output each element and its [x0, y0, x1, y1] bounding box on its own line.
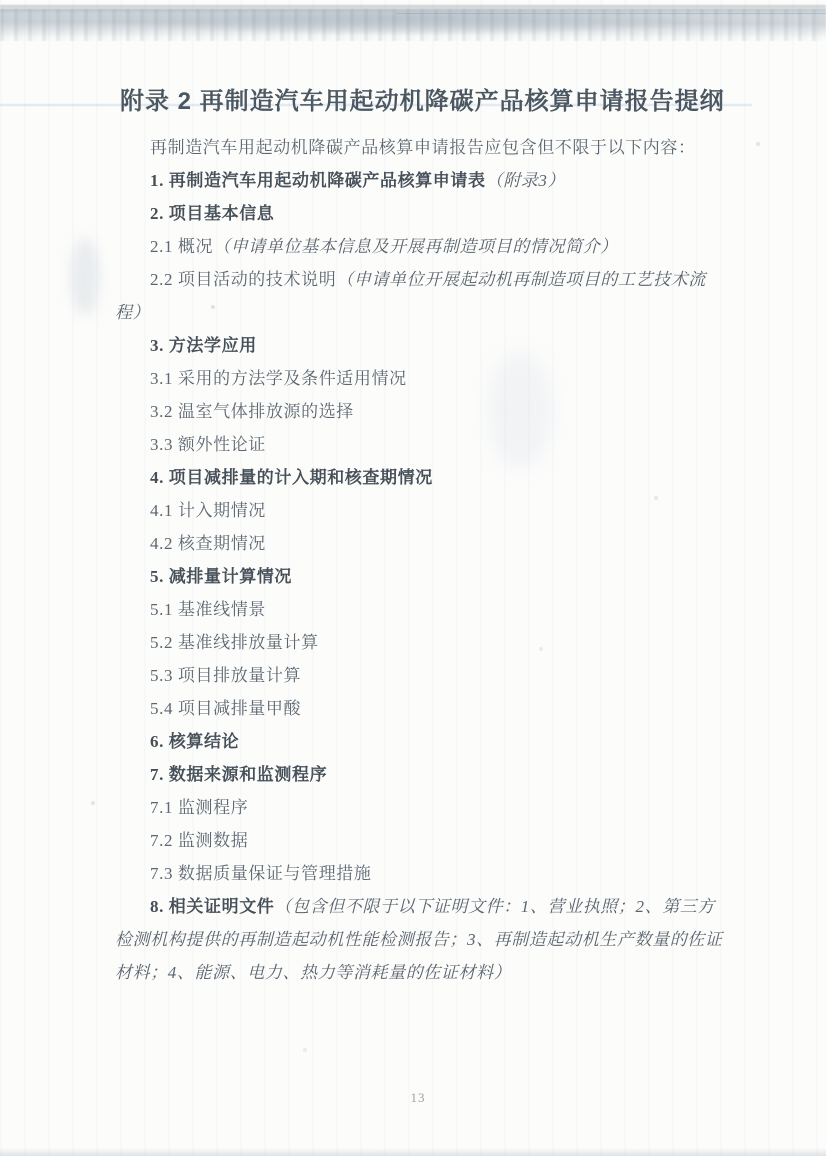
document-line: 3.3 额外性论证 [115, 428, 755, 461]
document-line: 3.1 采用的方法学及条件适用情况 [115, 362, 755, 395]
text-segment: 5.3 项目排放量计算 [150, 666, 301, 685]
document-line: 7.1 监测程序 [115, 791, 755, 824]
document-content: 附录 2 再制造汽车用起动机降碳产品核算申请报告提纲 再制造汽车用起动机降碳产品… [115, 87, 755, 989]
document-line: 8. 相关证明文件（包含但不限于以下证明文件：1、营业执照；2、第三方 [115, 890, 755, 923]
document-line: 2.1 概况（申请单位基本信息及开展再制造项目的情况简介） [115, 230, 755, 263]
text-segment: 3.1 采用的方法学及条件适用情况 [150, 369, 407, 388]
text-segment: 检测机构提供的再制造起动机性能检测报告；3、再制造起动机生产数量的佐证 [115, 930, 723, 949]
scan-artifact-hairline-top [396, 13, 826, 14]
document-line: 2. 项目基本信息 [115, 197, 755, 230]
text-segment: 4. 项目减排量的计入期和核查期情况 [150, 468, 433, 487]
document-line: 6. 核算结论 [115, 725, 755, 758]
document-line: 2.2 项目活动的技术说明（申请单位开展起动机再制造项目的工艺技术流 [115, 263, 755, 296]
text-segment: 5.1 基准线情景 [150, 600, 266, 619]
document-line: 7.2 监测数据 [115, 824, 755, 857]
document-line: 5.1 基准线情景 [115, 593, 755, 626]
document-line: 3. 方法学应用 [115, 329, 755, 362]
text-segment: 7.3 数据质量保证与管理措施 [150, 864, 372, 883]
document-line: 检测机构提供的再制造起动机性能检测报告；3、再制造起动机生产数量的佐证 [115, 923, 755, 956]
document-line: 7. 数据来源和监测程序 [115, 758, 755, 791]
document-line: 5.4 项目减排量甲酸 [115, 692, 755, 725]
text-segment: 3. 方法学应用 [150, 336, 257, 355]
text-segment: 5. 减排量计算情况 [150, 567, 292, 586]
text-segment: 4.1 计入期情况 [150, 501, 266, 520]
text-segment: 3.2 温室气体排放源的选择 [150, 402, 354, 421]
scanned-page: 附录 2 再制造汽车用起动机降碳产品核算申请报告提纲 再制造汽车用起动机降碳产品… [0, 0, 826, 1156]
text-segment: （申请单位开展起动机再制造项目的工艺技术流 [336, 270, 706, 289]
text-segment: 程） [115, 303, 150, 322]
page-number: 13 [10, 1090, 826, 1106]
document-line: 4. 项目减排量的计入期和核查期情况 [115, 461, 755, 494]
text-segment: （包含但不限于以下证明文件：1、营业执照；2、第三方 [274, 897, 715, 916]
text-segment: 3.3 额外性论证 [150, 435, 266, 454]
scan-artifact-smudge-left [70, 238, 100, 316]
scan-artifact-specks [0, 0, 2, 2]
text-segment: 2. 项目基本信息 [150, 204, 274, 223]
text-segment: 1. 再制造汽车用起动机降碳产品核算申请表 [150, 171, 486, 190]
text-segment: 再制造汽车用起动机降碳产品核算申请报告应包含但不限于以下内容： [150, 138, 696, 157]
text-segment: 7.1 监测程序 [150, 798, 248, 817]
text-segment: 5.4 项目减排量甲酸 [150, 699, 301, 718]
document-line: 4.1 计入期情况 [115, 494, 755, 527]
document-line: 5. 减排量计算情况 [115, 560, 755, 593]
text-segment: 5.2 基准线排放量计算 [150, 633, 319, 652]
scan-artifact-bottom-band [0, 1148, 826, 1156]
document-line: 5.2 基准线排放量计算 [115, 626, 755, 659]
text-segment: 7. 数据来源和监测程序 [150, 765, 327, 784]
text-segment: 6. 核算结论 [150, 732, 239, 751]
document-line: 3.2 温室气体排放源的选择 [115, 395, 755, 428]
document-line: 再制造汽车用起动机降碳产品核算申请报告应包含但不限于以下内容： [115, 131, 755, 164]
document-line: 材料；4、能源、电力、热力等消耗量的佐证材料） [115, 956, 755, 989]
outline-list: 再制造汽车用起动机降碳产品核算申请报告应包含但不限于以下内容： 1. 再制造汽车… [115, 131, 755, 989]
page-title: 附录 2 再制造汽车用起动机降碳产品核算申请报告提纲 [115, 87, 755, 117]
document-line: 5.3 项目排放量计算 [115, 659, 755, 692]
text-segment: （附录3） [486, 171, 566, 190]
text-segment: 材料；4、能源、电力、热力等消耗量的佐证材料） [115, 963, 511, 982]
text-segment: 2.1 概况 [150, 237, 213, 256]
text-segment: （申请单位基本信息及开展再制造项目的情况简介） [213, 237, 618, 256]
document-line: 1. 再制造汽车用起动机降碳产品核算申请表（附录3） [115, 164, 755, 197]
text-segment: 2.2 项目活动的技术说明 [150, 270, 336, 289]
document-line: 7.3 数据质量保证与管理措施 [115, 857, 755, 890]
document-line: 程） [115, 296, 755, 329]
text-segment: 7.2 监测数据 [150, 831, 248, 850]
text-segment: 4.2 核查期情况 [150, 534, 266, 553]
text-segment: 8. 相关证明文件 [150, 897, 274, 916]
document-line: 4.2 核查期情况 [115, 527, 755, 560]
